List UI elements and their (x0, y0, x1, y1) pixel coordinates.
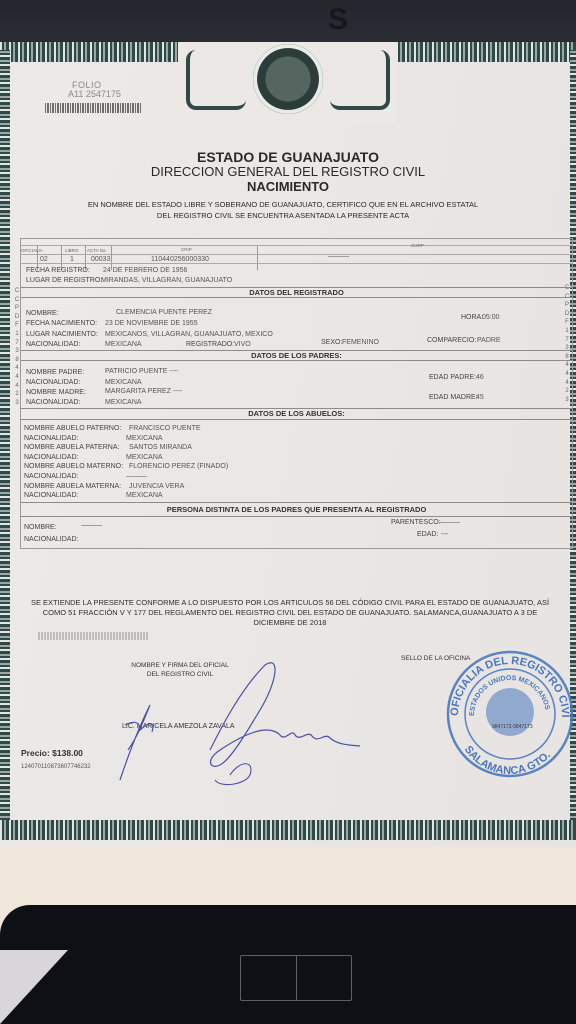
nombre-value: CLEMENCIA PUENTE PEREZ (116, 309, 212, 316)
fecha-nacimiento-label: FECHA NACIMIENTO: (26, 320, 97, 327)
nombre-madre-label: NOMBRE MADRE: (26, 389, 86, 396)
abuelo-row-value: MEXICANA (126, 454, 163, 461)
abuelo-row-value: ——— (126, 473, 147, 480)
curp-label: CURP (411, 243, 424, 248)
lugar-nacimiento-label: LUGAR NACIMIENTO: (26, 331, 98, 338)
abuelo-row-value: MEXICANA (126, 492, 163, 499)
certificate-form: OFICIALIA LIBRO ACTA No. CRIP CURP 02 1 … (20, 238, 573, 549)
section-padres: DATOS DE LOS PADRES: (21, 351, 572, 360)
abuelo-row-label: NOMBRE ABUELA PATERNA: (24, 444, 119, 451)
folio-number: A11 2547175 (68, 89, 121, 99)
parentesco-label: PARENTESCO: (391, 519, 441, 526)
abuelo-row-value: SANTOS MIRANDA (129, 444, 192, 451)
official-seal-icon: OFICIALIA DEL REGISTRO CIVIL ESTADOS UNI… (440, 644, 576, 780)
presentante-nacionalidad-label: NACIONALIDAD: (24, 536, 78, 543)
section-presentante: PERSONA DISTINTA DE LOS PADRES QUE PRESE… (21, 505, 572, 514)
background-glyph: S (328, 0, 352, 40)
legal-text: SE EXTIENDE LA PRESENTE CONFORME A LO DI… (30, 598, 550, 628)
acta-value: 00033 (91, 256, 110, 263)
state-title: ESTADO DE GUANAJUATO (0, 149, 576, 165)
stamp-number: 9847173-9847173 (492, 724, 533, 730)
curp-value: ——— (328, 253, 349, 260)
crest-ornament-right (330, 50, 390, 110)
madre-nacionalidad-label: NACIONALIDAD: (26, 399, 80, 406)
lugar-registro-label: LUGAR DE REGISTRO: (26, 277, 102, 284)
national-crest (178, 42, 398, 124)
crest-ornament-left (186, 50, 246, 110)
section-registrado: DATOS DEL REGISTRADO (21, 288, 572, 297)
padre-nacionalidad-label: NACIONALIDAD: (26, 379, 80, 386)
sexo-value: FEMENINO (342, 339, 379, 346)
parentesco-value: ——— (439, 519, 460, 526)
handwritten-signature-icon (80, 650, 370, 790)
sexo-label: SEXO: (321, 339, 342, 346)
edad-padre-value: 46 (476, 374, 484, 381)
crip-value: 110440256000330 (151, 256, 209, 263)
oficialia-label: OFICIALIA (21, 248, 43, 253)
acta-label: ACTA No. (87, 248, 107, 253)
abuelo-row-label: NOMBRE ABUELA MATERNA: (24, 483, 121, 490)
coat-of-arms-icon (253, 44, 323, 114)
faded-stamp-text (38, 632, 148, 640)
act-type-title: NACIMIENTO (0, 179, 576, 194)
abuelo-row-value: FRANCISCO PUENTE (129, 425, 201, 432)
abuelo-row-value: JUVENCIA VERA (129, 483, 184, 490)
nombre-label: NOMBRE: (26, 310, 59, 317)
padre-nacionalidad-value: MEXICANA (105, 379, 142, 386)
edad-value: --- (441, 531, 448, 538)
lugar-nacimiento-value: MEXICANOS, VILLAGRAN, GUANAJUATO, MEXICO (105, 331, 273, 338)
abuelo-row-label: NOMBRE ABUELO MATERNO: (24, 463, 123, 470)
abuelo-row-label: NOMBRE ABUELO PATERNO: (24, 425, 121, 432)
decorative-border-bottom (0, 820, 576, 840)
background-surface-top (0, 0, 576, 45)
abuelo-row-value: MEXICANA (126, 435, 163, 442)
fecha-nacimiento-value: 23 DE NOVIEMBRE DE 1955 (105, 320, 198, 327)
price: Precio: $138.00 (21, 748, 83, 758)
registrado-value: VIVO (234, 341, 251, 348)
libro-label: LIBRO (65, 248, 79, 253)
nombre-padre-value: PATRICIO PUENTE ---- (105, 368, 179, 375)
hora-value: 05:00 (482, 314, 500, 321)
oficialia-value: 02 (40, 256, 48, 263)
barcode-icon (45, 103, 141, 113)
nacionalidad-label: NACIONALIDAD: (26, 341, 80, 348)
madre-nacionalidad-value: MEXICANA (105, 399, 142, 406)
abuelo-row-label: NACIONALIDAD: (24, 435, 78, 442)
edad-padre-label: EDAD PADRE: (429, 374, 476, 381)
nacionalidad-value: MEXICANA (105, 341, 142, 348)
edad-madre-value: 45 (476, 394, 484, 401)
abuelo-row-label: NACIONALIDAD: (24, 454, 78, 461)
hora-label: HORA: (461, 314, 483, 321)
abuelo-row-label: NACIONALIDAD: (24, 473, 78, 480)
registrado-label: REGISTRADO: (186, 341, 234, 348)
fecha-registro-label: FECHA REGISTRO: (26, 267, 90, 274)
abuelo-row-value: FLORENCIO PEREZ (FINADO) (129, 463, 228, 470)
section-abuelos: DATOS DE LOS ABUELOS: (21, 409, 572, 418)
warning-label-icon (240, 955, 352, 1001)
libro-value: 1 (70, 256, 74, 263)
edad-madre-label: EDAD MADRE: (429, 394, 478, 401)
crip-label: CRIP (181, 247, 192, 252)
comparecio-label: COMPARECIO: (427, 337, 476, 344)
agency-title: DIRECCION GENERAL DEL REGISTRO CIVIL (0, 164, 576, 179)
nombre-madre-value: MARGARITA PEREZ ---- (105, 388, 182, 395)
verification-code: 124070110873607746232 (21, 764, 91, 770)
lugar-registro-value: MIRANDAS, VILLAGRAN, GUANAJUATO (101, 277, 232, 284)
edad-label: EDAD: (417, 531, 438, 538)
abuelo-row-label: NACIONALIDAD: (24, 492, 78, 499)
fecha-registro-value: 24 DE FEBRERO DE 1956 (103, 267, 187, 274)
certification-text: EN NOMBRE DEL ESTADO LIBRE Y SOBERANO DE… (0, 199, 576, 221)
presentante-nombre-value: ——— (81, 522, 102, 529)
comparecio-value: PADRE (477, 337, 501, 344)
nombre-padre-label: NOMBRE PADRE: (26, 369, 84, 376)
presentante-nombre-label: NOMBRE: (24, 524, 57, 531)
